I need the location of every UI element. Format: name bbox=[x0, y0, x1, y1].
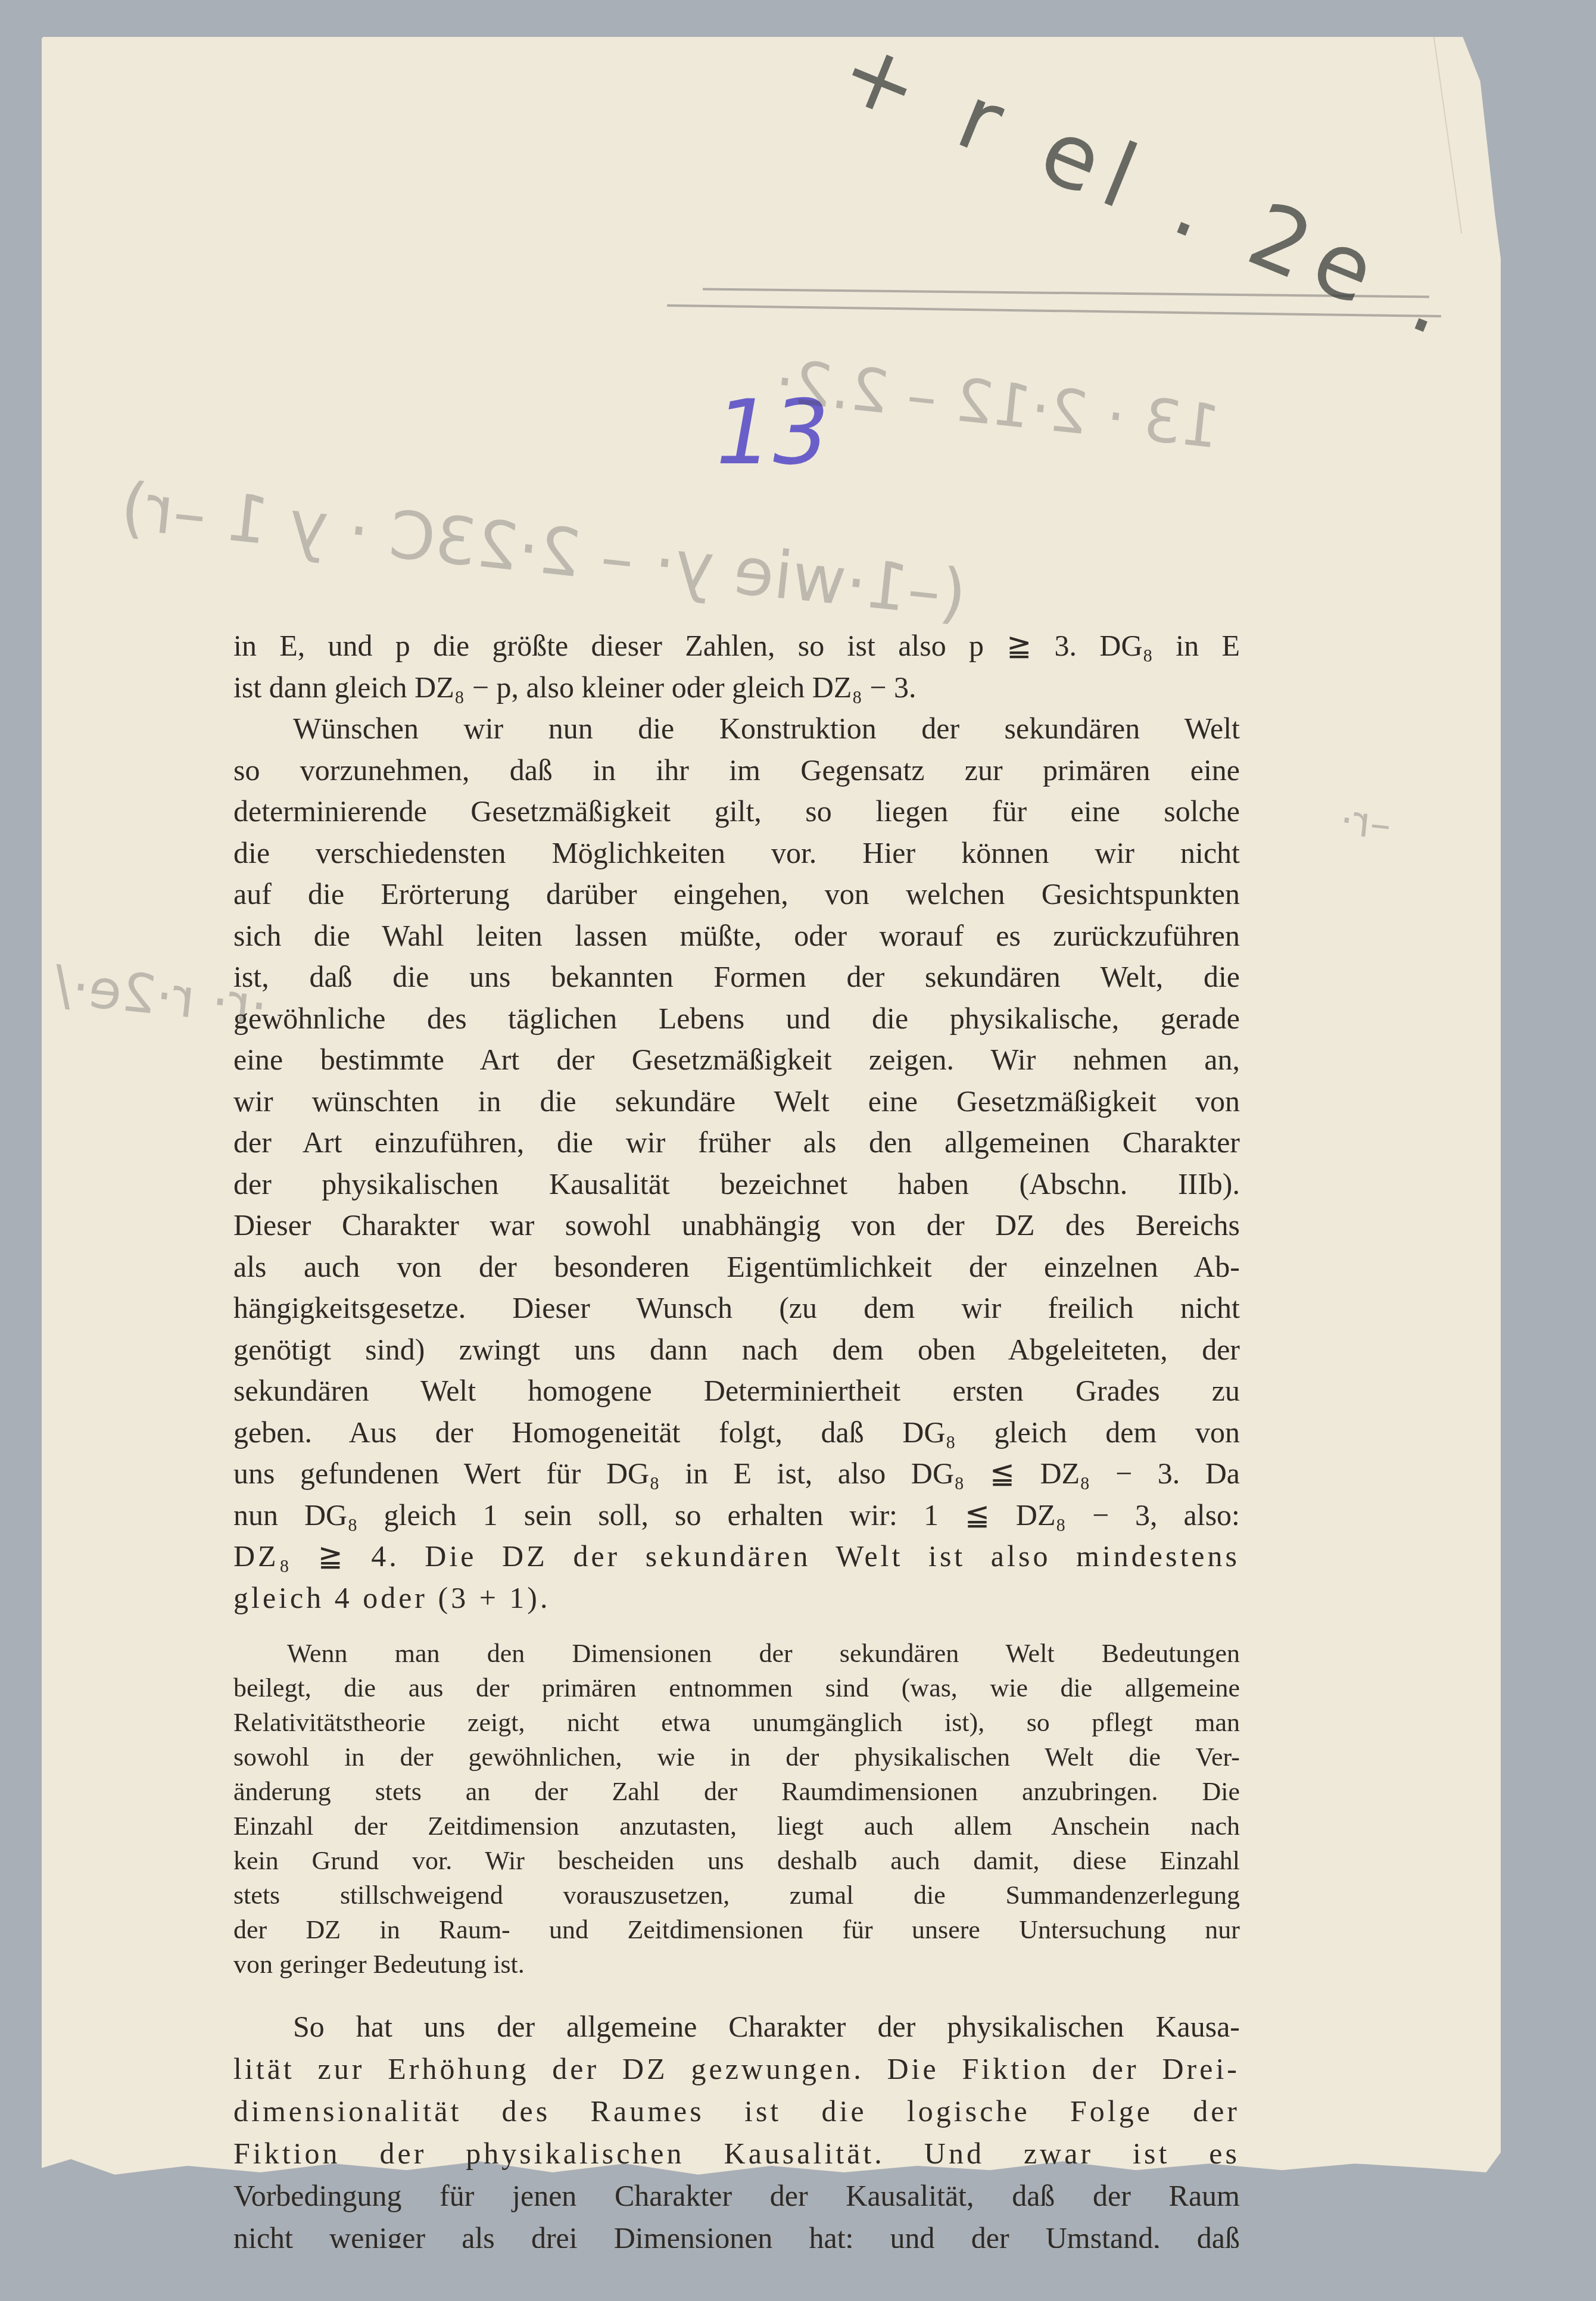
text-line: dimensionalität des Raumes ist die logis… bbox=[233, 2090, 1240, 2132]
text-line: änderung stets an der Zahl der Raumdimen… bbox=[233, 1775, 1240, 1809]
text-line: in E, und p die größte dieser Zahlen, so… bbox=[233, 625, 1240, 667]
text-line: der Art einzuführen, die wir früher als … bbox=[233, 1122, 1240, 1164]
text-line: so vorzunehmen, daß in ihr im Gegensatz … bbox=[233, 750, 1240, 791]
text-line: sich die Wahl leiten lassen müßte, oder … bbox=[233, 915, 1240, 957]
text-line: kein Grund vor. Wir bescheiden uns desha… bbox=[233, 1844, 1240, 1878]
text-line: geben. Aus der Homogeneität folgt, daß D… bbox=[233, 1412, 1240, 1454]
text-line: gleich 4 oder (3 + 1). bbox=[233, 1577, 1240, 1619]
text-line: sekundären Welt homogene Determinierthei… bbox=[233, 1370, 1240, 1412]
text-line: ist dann gleich DZ₈ − p, also kleiner od… bbox=[233, 667, 1240, 709]
text-line: der DZ in Raum- und Zeitdimensionen für … bbox=[233, 1913, 1240, 1947]
margin-marks-right: –r· bbox=[1338, 796, 1394, 850]
text-line: hängigkeitsgesetze. Dieser Wunsch (zu de… bbox=[233, 1287, 1240, 1329]
text-line: als auch von der besonderen Eigentümlich… bbox=[233, 1246, 1240, 1288]
text-line: nun DG₈ gleich 1 sein soll, so erhalten … bbox=[233, 1495, 1240, 1536]
text-line: lität zur Erhöhung der DZ gezwungen. Die… bbox=[233, 2048, 1240, 2090]
text-line: wir wünschten in die sekundäre Welt eine… bbox=[233, 1081, 1240, 1123]
text-line: auf die Erörterung darüber eingehen, von… bbox=[233, 874, 1240, 915]
paragraph-1: in E, und p die größte dieser Zahlen, so… bbox=[233, 625, 1240, 708]
text-line: sowohl in der gewöhnlichen, wie in der p… bbox=[233, 1740, 1240, 1775]
text-line: der physikalischen Kausalität bezeichnet… bbox=[233, 1164, 1240, 1205]
text-line: stets stillschweigend vorauszusetzen, zu… bbox=[233, 1878, 1240, 1913]
text-line: Einzahl der Zeitdimension anzutasten, li… bbox=[233, 1809, 1240, 1844]
text-line: Wünschen wir nun die Konstruktion der se… bbox=[233, 708, 1240, 750]
text-line: Wenn man den Dimensionen der sekundären … bbox=[233, 1636, 1240, 1671]
torn-edge-backdrop bbox=[0, 2248, 1596, 2301]
text-line: genötigt sind) zwingt uns dann nach dem … bbox=[233, 1329, 1240, 1371]
text-line: Vorbedingung für jenen Charakter der Kau… bbox=[233, 2175, 1240, 2217]
text-line: uns gefundenen Wert für DG₈ in E ist, al… bbox=[233, 1453, 1240, 1495]
text-line: Dieser Charakter war sowohl unabhängig v… bbox=[233, 1205, 1240, 1246]
text-line: Fiktion der physikalischen Kausalität. U… bbox=[233, 2132, 1240, 2175]
text-line: gewöhnliche des täglichen Lebens und die… bbox=[233, 998, 1240, 1040]
paragraph-2: Wünschen wir nun die Konstruktion der se… bbox=[233, 708, 1240, 1619]
text-line: DZ₈ ≧ 4. Die DZ der sekundären Welt ist … bbox=[233, 1536, 1240, 1577]
text-line: eine bestimmte Art der Gesetzmäßigkeit z… bbox=[233, 1039, 1240, 1081]
text-line: beilegt, die aus der primären entnommen … bbox=[233, 1671, 1240, 1706]
printed-text-block: in E, und p die größte dieser Zahlen, so… bbox=[233, 625, 1240, 2301]
text-line: von geringer Bedeutung ist. bbox=[233, 1947, 1240, 1982]
text-line: determinierende Gesetzmäßigkeit gilt, so… bbox=[233, 791, 1240, 833]
footnote-paragraph: Wenn man den Dimensionen der sekundären … bbox=[233, 1636, 1240, 1982]
text-line: Relativitätstheorie zeigt, nicht etwa un… bbox=[233, 1706, 1240, 1740]
text-line: ist, daß die uns bekannten Formen der se… bbox=[233, 956, 1240, 998]
text-line: So hat uns der allgemeine Charakter der … bbox=[233, 2006, 1240, 2048]
text-line: die verschiedensten Möglichkeiten vor. H… bbox=[233, 833, 1240, 874]
